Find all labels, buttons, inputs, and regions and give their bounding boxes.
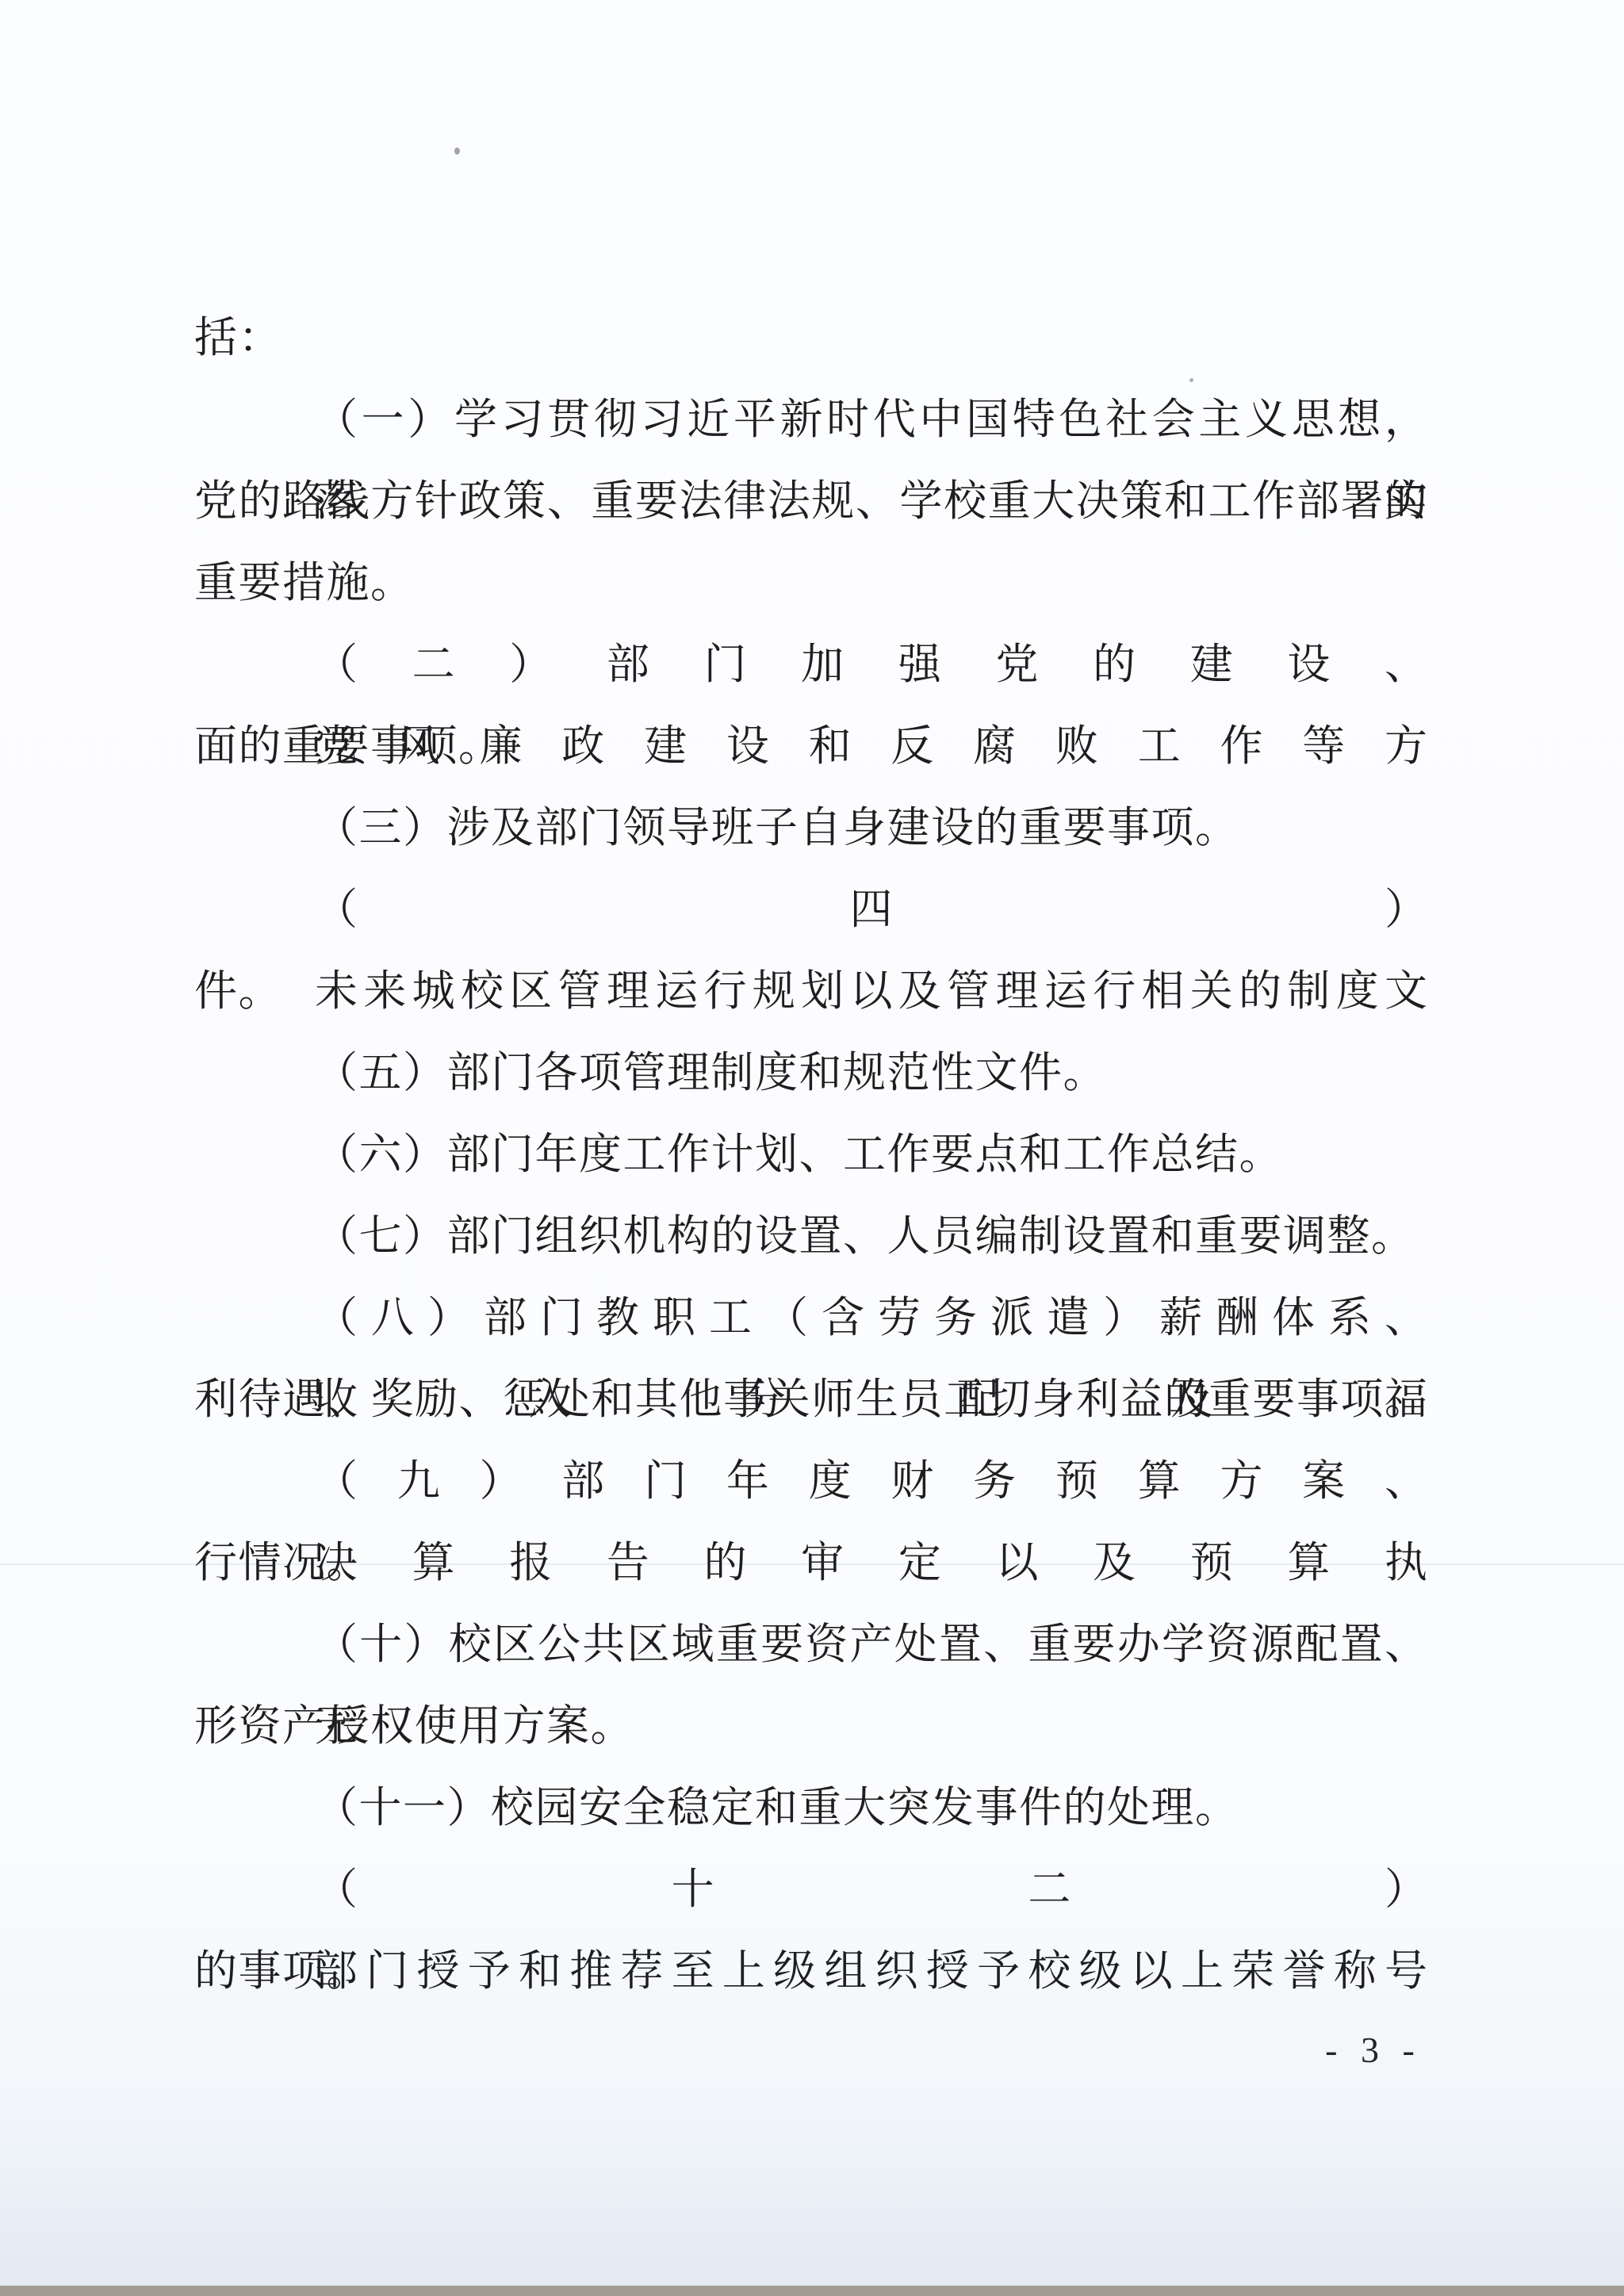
scanned-page: 括： （一）学习贯彻习近平新时代中国特色社会主义思想，落实 党的路线方针政策、重… <box>0 0 1624 2296</box>
text-line: 形资产授权使用方案。 <box>194 1686 1427 1767</box>
text-line: （五）部门各项管理制度和规范性文件。 <box>194 1032 1427 1114</box>
text-line: 党的路线方针政策、重要法律法规、学校重大决策和工作部署的 <box>194 461 1427 542</box>
document-body: 括： （一）学习贯彻习近平新时代中国特色社会主义思想，落实 党的路线方针政策、重… <box>194 297 1427 2012</box>
text-line: 利待遇、奖励、惩处和其他事关师生员工切身利益的重要事项。 <box>194 1359 1427 1441</box>
text-line: （七）部门组织机构的设置、人员编制设置和重要调整。 <box>194 1196 1427 1277</box>
text-line: （十）校区公共区域重要资产处置、重要办学资源配置、无 <box>194 1604 1427 1686</box>
text-line: 重要措施。 <box>194 542 1427 624</box>
text-line: （一）学习贯彻习近平新时代中国特色社会主义思想，落实 <box>194 379 1427 461</box>
text-line: （九）部门年度财务预算方案、决算报告的审定以及预算执 <box>194 1441 1427 1522</box>
text-line: （十一）校园安全稳定和重大突发事件的处理。 <box>194 1767 1427 1849</box>
page-number: - 3 - <box>1286 2026 1461 2074</box>
text-line: （八）部门教职工（含劳务派遣）薪酬体系、收入分配及福 <box>194 1277 1427 1359</box>
text-line: 括： <box>194 297 1427 379</box>
text-line: （十二）部门授予和推荐至上级组织授予校级以上荣誉称号 <box>194 1849 1427 1931</box>
scan-edge-shadow <box>0 2286 1624 2296</box>
text-line: （三）涉及部门领导班子自身建设的重要事项。 <box>194 787 1427 869</box>
text-line: （六）部门年度工作计划、工作要点和工作总结。 <box>194 1114 1427 1196</box>
text-line: （二）部门加强党的建设、党风廉政建设和反腐败工作等方 <box>194 624 1427 706</box>
scan-speck <box>454 147 460 155</box>
text-line: （四）未来城校区管理运行规划以及管理运行相关的制度文 <box>194 869 1427 951</box>
